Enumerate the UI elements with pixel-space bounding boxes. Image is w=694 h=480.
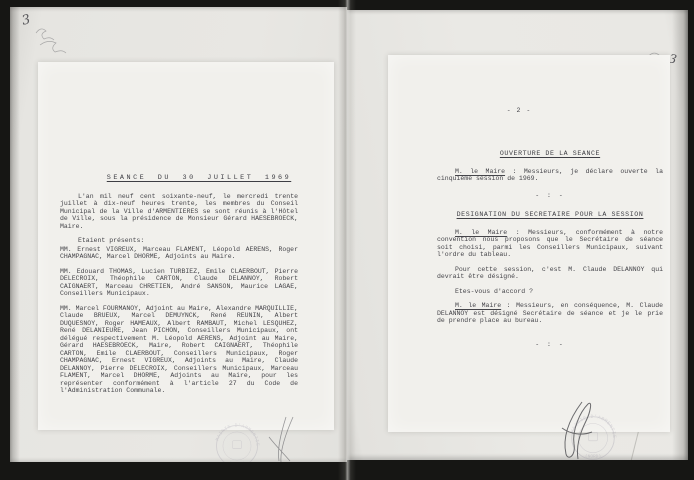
typed-separator: - : - — [437, 341, 663, 349]
session-title: SEANCE DU 30 JUILLET 1969 — [100, 175, 298, 183]
designation-paragraph-4: M. le Maire : Messieurs, en conséquence,… — [437, 302, 663, 325]
attendees-label: Etaient présents: — [60, 237, 298, 245]
designation-paragraph-3: Etes-vous d'accord ? — [437, 288, 663, 296]
left-scan-page: 3 MAIRIE D'ARMENTIERES (NORD) SEANCE DU … — [10, 7, 347, 462]
speaker-label: M. le Maire — [455, 229, 507, 236]
stamp-bottom-text: (NORD) — [585, 454, 601, 460]
left-page-edge-shading — [10, 7, 20, 462]
archive-scan-root: { "scan": { "corner_marks": { "left_page… — [0, 0, 694, 480]
ouverture-paragraph: M. le Maire : Messieurs, je déclare ouve… — [437, 168, 663, 183]
minutes-text-block: OUVERTURE DE LA SEANCE M. le Maire : Mes… — [437, 150, 663, 360]
right-scan-page: 3 MAIRIE D'ARMENTIERES (NORD) - 2 - OUVE… — [347, 10, 688, 460]
speaker-label: M. le Maire — [455, 302, 501, 309]
attendees-adjoints-paragraph: MM. Ernest VIGREUX, Marceau FLAMENT, Léo… — [60, 246, 298, 261]
pencil-scribble-icon — [30, 19, 78, 61]
handwritten-folio-number: 3 — [20, 12, 32, 29]
right-page-edge-shading — [672, 10, 688, 460]
section-heading-ouverture: OUVERTURE DE LA SEANCE — [437, 150, 663, 158]
minutes-text-block: SEANCE DU 30 JUILLET 1969 L'an mil neuf … — [60, 175, 298, 402]
designation-paragraph-1: M. le Maire : Messieurs, conformément à … — [437, 229, 663, 259]
typed-separator: - : - — [437, 192, 663, 200]
attendees-conseillers-paragraph: MM. Edouard THOMAS, Lucien TURBIEZ, Emil… — [60, 268, 298, 298]
session-intro-paragraph: L'an mil neuf cent soixante-neuf, le mer… — [60, 193, 298, 231]
typed-page-number: - 2 - — [497, 107, 541, 114]
designation-paragraph-2: Pour cette session, c'est M. Claude DELA… — [437, 266, 663, 281]
delegations-paragraph: MM. Marcel FOURMANOY, Adjoint au Maire, … — [60, 305, 298, 395]
speaker-label: M. le Maire — [455, 168, 505, 175]
section-heading-designation: DESIGNATION DU SECRETAIRE POUR LA SESSIO… — [437, 211, 663, 219]
